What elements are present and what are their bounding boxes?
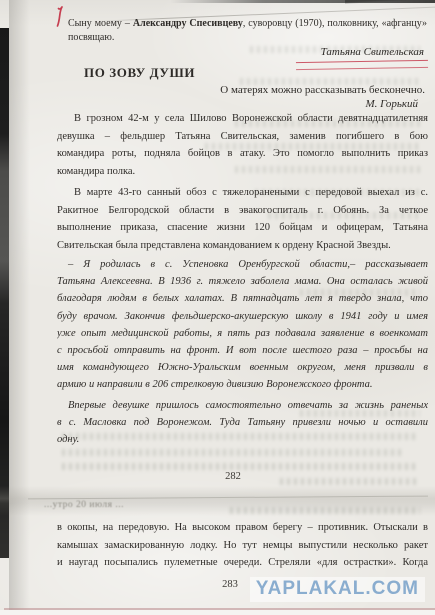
body-paragraph-5: в окопы, на передовую. На высоком правом… [57, 519, 428, 572]
text-line: В марте 43-го санный обоз с тяжелоранены… [57, 184, 428, 202]
dedication-prefix: Сыну моему – [68, 18, 133, 29]
text-line: с просьбой отправить на фронт. И вот пос… [57, 342, 428, 359]
scanner-edge-left [0, 28, 9, 558]
scanner-edge-top-corner [345, 0, 435, 6]
scanned-page: Сыну моему – Александру Спесивцеву, суво… [0, 0, 435, 615]
text-line: и наугад посыпались пулеметные очереди. … [57, 554, 428, 572]
site-watermark: YAPLAKAL.COM [250, 577, 425, 602]
dedication-line: посвящаю. [68, 31, 427, 45]
text-line: командира полка. [57, 163, 428, 181]
red-pen-mark-icon [54, 6, 66, 28]
paper-left-shadow [9, 0, 35, 615]
dedication-suffix: , суворовцу (1970), полковнику, «афганцу… [243, 18, 427, 29]
text-line: Татьяна Алексеевна. В 1936 г. тяжело заб… [57, 273, 428, 290]
author-signature: Татьяна Свительская [321, 46, 424, 58]
text-line: армию и направили в 206 стрелковую дивиз… [57, 376, 428, 393]
epigraph-quote: О матерях можно рассказывать бесконечно. [220, 84, 425, 96]
show-through-line [62, 463, 418, 470]
text-line: имя командующего Южно-Уральским военным … [57, 359, 428, 376]
page-number-top: 282 [211, 471, 255, 482]
text-line: Впервые девушке пришлось самостоятельно … [57, 397, 428, 414]
text-line: девушка – фельдшер Татьяна Свительская, … [57, 128, 428, 146]
dedication-line: Сыну моему – Александру Спесивцеву, суво… [68, 17, 427, 31]
text-line: Ракитное Белгородской области в эвакогос… [57, 202, 428, 220]
text-line: выполнение приказа, спасение жизни 120 б… [57, 219, 428, 237]
text-line: в окопы, на передовую. На высоком правом… [57, 519, 428, 537]
epigraph-author: М. Горький [365, 98, 418, 110]
text-line: в с. Масловка под Воронежом. Туда Татьян… [57, 414, 428, 431]
text-line: уже опыт медицинской работы, я пять раз … [57, 325, 428, 342]
dedication: Сыну моему – Александру Спесивцеву, суво… [68, 17, 427, 45]
section-heading: ПО ЗОВУ ДУШИ [84, 65, 195, 81]
show-through-line [62, 449, 402, 456]
text-line: командира роты, подняла бойцов в атаку. … [57, 145, 428, 163]
dedication-name: Александру Спесивцеву [133, 18, 243, 29]
text-line: В грозном 42-м у села Шилово Воронежской… [57, 110, 428, 128]
text-line: благодаря людям в белых халатах. В пятна… [57, 290, 428, 307]
text-line: буду врачом. Закончив фельдшерско-акушер… [57, 308, 428, 325]
text-line: одну. [57, 431, 428, 448]
text-line: камышах замаскированную лодку. Но тут не… [57, 537, 428, 555]
scan-bottom-paper [0, 610, 435, 615]
text-line: – Я родилась в с. Успеновка Оренбургской… [57, 256, 428, 273]
body-paragraph-2: В марте 43-го санный обоз с тяжелоранены… [57, 184, 428, 254]
text-line: Свительская была представлена командован… [57, 237, 428, 255]
body-paragraph-4-quote: Впервые девушке пришлось самостоятельно … [57, 397, 428, 449]
show-through-line [280, 478, 418, 485]
body-paragraph-3-quote: – Я родилась в с. Успеновка Оренбургской… [57, 256, 428, 394]
body-paragraph-1: В грозном 42-м у села Шилово Воронежской… [57, 110, 428, 180]
page-number-bottom: 283 [208, 579, 252, 590]
faded-fold-text: ...утро 20 июля ... [44, 500, 214, 510]
